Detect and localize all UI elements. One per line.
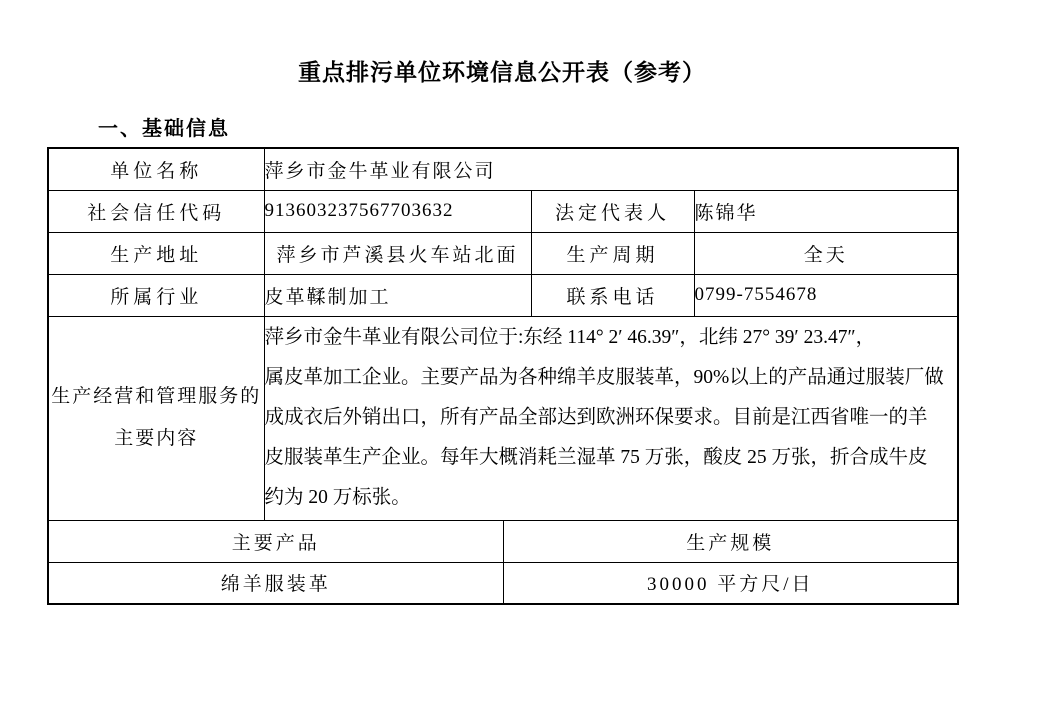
document-page: 重点排污单位环境信息公开表（参考） 一、基础信息 单位名称 萍乡市金牛革业有限公… [0,0,1037,721]
table-row-product-item: 绵羊服装革 30000 平方尺/日 [48,562,958,604]
business-scope-text-line: 皮服装革生产企业。每年大概消耗兰湿革 75 万张，酸皮 25 万张，折合成牛皮 [265,438,958,478]
basic-info-table: 单位名称 萍乡市金牛革业有限公司 社会信任代码 9136032375677036… [47,147,959,605]
legal-representative-label: 法定代表人 [531,190,694,232]
table-row-credit-code: 社会信任代码 913603237567703632 法定代表人 陈锦华 [48,190,958,232]
production-cycle-value: 全天 [694,232,958,274]
unit-name-label: 单位名称 [48,148,264,190]
credit-code-label: 社会信任代码 [48,190,264,232]
business-scope-label-line1: 生产经营和管理服务的 [51,376,261,418]
industry-label: 所属行业 [48,274,264,316]
business-scope-text-line: 约为 20 万标张。 [265,478,958,518]
table-row-industry: 所属行业 皮革鞣制加工 联系电话 0799-7554678 [48,274,958,316]
legal-representative-value: 陈锦华 [694,190,958,232]
table-row-production-address: 生产地址 萍乡市芦溪县火车站北面 生产周期 全天 [48,232,958,274]
table-row-business-scope: 生产经营和管理服务的 主要内容 萍乡市金牛革业有限公司位于:东经 114° 2′… [48,316,958,520]
products-header-product: 主要产品 [48,520,503,562]
business-scope-label: 生产经营和管理服务的 主要内容 [48,316,264,520]
product-scale-value: 30000 平方尺/日 [503,562,958,604]
business-scope-text-line: 成成衣后外销出口，所有产品全部达到欧洲环保要求。目前是江西省唯一的羊 [265,398,958,438]
production-address-label: 生产地址 [48,232,264,274]
business-scope-text-line: 萍乡市金牛革业有限公司位于:东经 114° 2′ 46.39″，北纬 27° 3… [265,318,958,358]
industry-value: 皮革鞣制加工 [264,274,531,316]
section-heading-basic-info: 一、基础信息 [98,112,230,141]
contact-phone-label: 联系电话 [531,274,694,316]
production-address-value: 萍乡市芦溪县火车站北面 [264,232,531,274]
product-name-value: 绵羊服装革 [48,562,503,604]
business-scope-text-line: 属皮革加工企业。主要产品为各种绵羊皮服装革，90%以上的产品通过服装厂做 [265,358,958,398]
production-cycle-label: 生产周期 [531,232,694,274]
products-header-scale: 生产规模 [503,520,958,562]
business-scope-content: 萍乡市金牛革业有限公司位于:东经 114° 2′ 46.39″，北纬 27° 3… [264,316,958,520]
table-row-unit-name: 单位名称 萍乡市金牛革业有限公司 [48,148,958,190]
credit-code-value: 913603237567703632 [264,190,531,232]
document-title: 重点排污单位环境信息公开表（参考） [47,54,957,87]
contact-phone-value: 0799-7554678 [694,274,958,316]
business-scope-label-line2: 主要内容 [114,418,198,460]
unit-name-value: 萍乡市金牛革业有限公司 [264,148,958,190]
table-row-products-header: 主要产品 生产规模 [48,520,958,562]
